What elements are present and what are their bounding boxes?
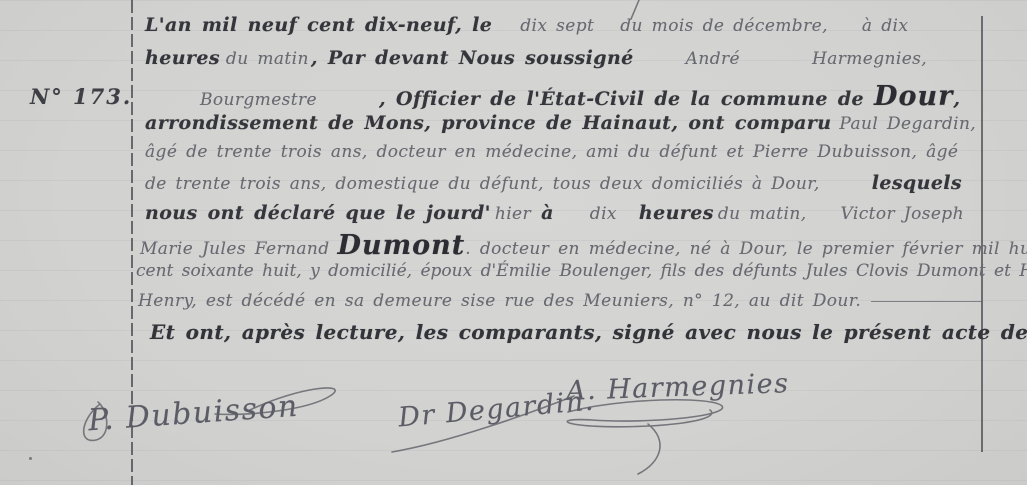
act-number: N° 173. bbox=[30, 84, 132, 109]
formula-text: heures bbox=[639, 202, 714, 224]
officer-first-name: André bbox=[686, 49, 740, 69]
deceased-surname: Dumont bbox=[338, 230, 466, 261]
formula-text: , Officier de l'État-Civil de la commune… bbox=[379, 88, 864, 110]
commune-name: Dour bbox=[874, 81, 953, 112]
filled-day: dix sept bbox=[520, 16, 594, 36]
death-record-scan: N° 173. L'an mil neuf cent dix-neuf, led… bbox=[0, 0, 1027, 485]
formula-text: à bbox=[541, 202, 554, 224]
declarant-details: âgé de trente trois ans, docteur en méde… bbox=[145, 142, 958, 162]
record-line-10: Henry, est décédé en sa demeure sise rue… bbox=[138, 291, 983, 311]
end-of-line-flourish bbox=[871, 300, 983, 302]
formula-text: arrondissement de Mons, province de Hain… bbox=[145, 112, 831, 134]
closing-formula: Et ont, après lecture, les comparants, s… bbox=[150, 320, 1027, 344]
filled-time-of-day: du matin, bbox=[718, 204, 807, 224]
deceased-family-details: cent soixante huit, y domicilié, époux d… bbox=[136, 261, 1027, 281]
formula-text: L'an mil neuf cent dix-neuf, le bbox=[145, 14, 492, 36]
record-line-11: Et ont, après lecture, les comparants, s… bbox=[150, 320, 1027, 344]
officer-title: Bourgmestre bbox=[200, 90, 317, 110]
filled-time-of-day: du matin bbox=[226, 49, 309, 69]
ink-speck bbox=[29, 457, 32, 460]
formula-text: nous ont déclaré que le jourd' bbox=[145, 202, 491, 224]
formula-text: heures bbox=[145, 47, 220, 69]
deceased-details: . docteur en médecine, né à Dour, le pre… bbox=[465, 239, 1027, 259]
deceased-middle-names: Marie Jules Fernand bbox=[140, 239, 330, 259]
declarant-1-name: Paul Degardin, bbox=[839, 114, 976, 134]
formula-text: lesquels bbox=[872, 172, 962, 194]
signature-dubuisson: P. Dubuisson bbox=[87, 389, 300, 439]
record-line-3: Bourgmestre, Officier de l'État-Civil de… bbox=[145, 81, 960, 112]
death-place-details: Henry, est décédé en sa demeure sise rue… bbox=[138, 291, 861, 311]
officer-last-name: Harmegnies, bbox=[812, 49, 927, 69]
filled-day-word: hier bbox=[495, 204, 531, 224]
deceased-first-names: Victor Joseph bbox=[841, 204, 964, 224]
record-line-1: L'an mil neuf cent dix-neuf, ledix septd… bbox=[145, 14, 908, 36]
record-line-2: heuresdu matin, Par devant Nous soussign… bbox=[145, 47, 927, 69]
formula-text: , Par devant Nous soussigné bbox=[311, 47, 634, 69]
record-line-6: de trente trois ans, domestique du défun… bbox=[145, 172, 962, 194]
formula-text: , bbox=[953, 88, 960, 110]
record-line-9: cent soixante huit, y domicilié, époux d… bbox=[136, 261, 1027, 281]
signature-harmegnies: A. Harmegnies bbox=[566, 368, 790, 407]
filled-death-hour: dix bbox=[590, 204, 617, 224]
record-line-8: Marie Jules FernandDumont. docteur en mé… bbox=[140, 230, 1027, 261]
declarant-2-details: de trente trois ans, domestique du défun… bbox=[145, 174, 820, 194]
record-line-4: arrondissement de Mons, province de Hain… bbox=[145, 112, 976, 134]
record-line-5: âgé de trente trois ans, docteur en méde… bbox=[145, 142, 958, 162]
filled-month: du mois de décembre, bbox=[620, 16, 828, 36]
filled-hour: à dix bbox=[862, 16, 908, 36]
record-line-7: nous ont déclaré que le jourd'hieràdixhe… bbox=[145, 202, 964, 224]
